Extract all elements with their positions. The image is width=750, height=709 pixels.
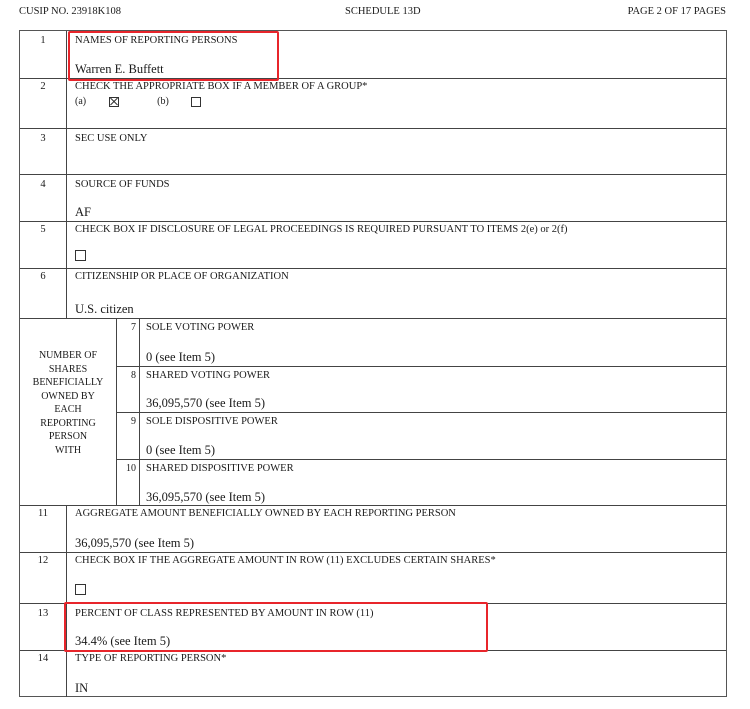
checkbox-icon[interactable] — [75, 584, 86, 595]
shares-label-line: OWNED BY — [20, 390, 116, 404]
row-9: 9 SOLE DISPOSITIVE POWER 0 (see Item 5) — [117, 412, 726, 459]
row-number: 7 — [117, 319, 140, 366]
row-11: 11 AGGREGATE AMOUNT BENEFICIALLY OWNED B… — [20, 505, 726, 552]
row-label: SEC USE ONLY — [75, 133, 147, 144]
shared-voting-power-value: 36,095,570 (see Item 5) — [146, 396, 265, 411]
highlight-box-names — [68, 31, 279, 81]
row-number: 6 — [20, 269, 67, 318]
row-label: SHARED DISPOSITIVE POWER — [146, 463, 294, 474]
sole-voting-power-value: 0 (see Item 5) — [146, 350, 215, 365]
row-12: 12 CHECK BOX IF THE AGGREGATE AMOUNT IN … — [20, 552, 726, 603]
row-number: 14 — [20, 651, 67, 697]
aggregate-amount-value: 36,095,570 (see Item 5) — [75, 536, 194, 551]
row-label: TYPE OF REPORTING PERSON* — [75, 653, 226, 664]
sole-dispositive-power-value: 0 (see Item 5) — [146, 443, 215, 458]
shares-label-line: EACH — [20, 403, 116, 417]
shares-label-line: SHARES — [20, 363, 116, 377]
group-option-a[interactable]: (a) — [75, 96, 137, 107]
row-8: 8 SHARED VOTING POWER 36,095,570 (see It… — [117, 366, 726, 412]
row-label: SOLE VOTING POWER — [146, 322, 254, 333]
row-label: SOLE DISPOSITIVE POWER — [146, 416, 278, 427]
row-number: 5 — [20, 222, 67, 268]
row-4: 4 SOURCE OF FUNDS AF — [20, 174, 726, 221]
shares-label-line: BENEFICIALLY — [20, 376, 116, 390]
checkbox-icon[interactable] — [191, 97, 201, 107]
row-number: 3 — [20, 129, 67, 174]
row-14: 14 TYPE OF REPORTING PERSON* IN — [20, 650, 726, 697]
row-number: 9 — [117, 413, 140, 459]
row-2: 2 CHECK THE APPROPRIATE BOX IF A MEMBER … — [20, 78, 726, 128]
checkbox-icon[interactable] — [75, 250, 86, 261]
row-label: CHECK BOX IF DISCLOSURE OF LEGAL PROCEED… — [75, 224, 568, 235]
citizenship-value: U.S. citizen — [75, 302, 134, 317]
source-of-funds-value: AF — [75, 205, 91, 220]
row-label: SHARED VOTING POWER — [146, 370, 270, 381]
row-number: 13 — [20, 604, 67, 650]
checkbox-checked-icon[interactable] — [109, 97, 119, 107]
reporting-person-type-value: IN — [75, 681, 88, 696]
group-option-b[interactable]: (b) — [157, 96, 219, 107]
cusip-number: CUSIP NO. 23918K108 — [19, 6, 121, 17]
row-number: 1 — [20, 31, 67, 78]
shares-label-line: PERSON — [20, 430, 116, 444]
shares-label-line: WITH — [20, 444, 116, 458]
row-number: 2 — [20, 79, 67, 128]
row-6: 6 CITIZENSHIP OR PLACE OF ORGANIZATION U… — [20, 268, 726, 318]
highlight-box-percent — [64, 602, 488, 652]
cover-page-table: 1 NAMES OF REPORTING PERSONS Warren E. B… — [19, 30, 727, 697]
row-label: CHECK BOX IF THE AGGREGATE AMOUNT IN ROW… — [75, 555, 496, 566]
shares-label-line: NUMBER OF — [20, 349, 116, 363]
row-10: 10 SHARED DISPOSITIVE POWER 36,095,570 (… — [117, 459, 726, 506]
page-indicator: PAGE 2 OF 17 PAGES — [628, 6, 726, 17]
shares-beneficially-owned-block: NUMBER OFSHARESBENEFICIALLYOWNED BYEACHR… — [20, 318, 726, 505]
shares-label-line: REPORTING — [20, 417, 116, 431]
row-label: SOURCE OF FUNDS — [75, 179, 170, 190]
row-number: 10 — [117, 460, 140, 506]
row-number: 12 — [20, 553, 67, 603]
row-5: 5 CHECK BOX IF DISCLOSURE OF LEGAL PROCE… — [20, 221, 726, 268]
row-3: 3 SEC USE ONLY — [20, 128, 726, 174]
shares-block-label: NUMBER OFSHARESBENEFICIALLYOWNED BYEACHR… — [20, 319, 117, 505]
row-number: 8 — [117, 367, 140, 412]
row-number: 4 — [20, 175, 67, 221]
row-7: 7 SOLE VOTING POWER 0 (see Item 5) — [117, 319, 726, 366]
schedule-title: SCHEDULE 13D — [345, 6, 421, 17]
row-label: AGGREGATE AMOUNT BENEFICIALLY OWNED BY E… — [75, 508, 456, 519]
shared-dispositive-power-value: 36,095,570 (see Item 5) — [146, 490, 265, 505]
row-label: CITIZENSHIP OR PLACE OF ORGANIZATION — [75, 271, 289, 282]
row-number: 11 — [20, 506, 67, 552]
row-label: CHECK THE APPROPRIATE BOX IF A MEMBER OF… — [75, 81, 367, 92]
